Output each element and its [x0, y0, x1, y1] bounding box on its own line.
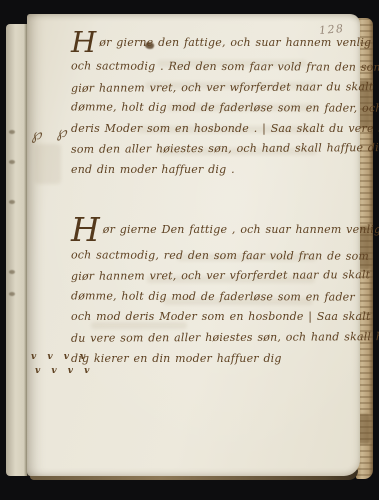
text-line-rest: ør gierne Den fattige , och suar hannem … — [103, 223, 379, 236]
text-line: Hør gierne Den fattige , och suar hannem… — [71, 213, 359, 246]
text-line: och sactmodig, red den som faar vold fra… — [71, 245, 359, 267]
text-line: dømme, holt dig mod de faderløse som en … — [71, 286, 359, 308]
text-line: end din moder haffuer dig . — [71, 160, 359, 181]
manuscript-text: Hør gierne den fattige, och suar hannem … — [71, 28, 359, 369]
text-line: dig kierer en din moder haffuer dig — [71, 349, 359, 370]
text-line-rest: ør gierne den fattige, och suar hannem v… — [99, 36, 371, 49]
drop-cap-initial: H — [71, 210, 100, 249]
pen-trial-marks: v v v v v v v v — [31, 350, 93, 378]
text-line: deris Moder som en hosbonde . | Saa skal… — [71, 119, 359, 140]
text-line: och mod deris Moder som en hosbonde | Sa… — [71, 307, 359, 328]
margin-marks: ℘ ℘ — [30, 124, 72, 142]
text-line: giør hannem vret, och ver vforferdet naa… — [71, 265, 359, 287]
text-line: Hør gierne den fattige, och suar hannem … — [71, 28, 359, 57]
facing-page-text-trace — [9, 292, 15, 296]
text-line: giør hannem vret, och ver wforferdet naa… — [71, 77, 359, 99]
text-line: dømme, holt dig mod de faderløse som en … — [71, 98, 359, 120]
pen-trial-row: v v v v — [35, 364, 93, 378]
manuscript-page: 128 ℘ ℘ Hør gierne den fattige, och suar… — [27, 14, 360, 476]
paragraph-2: Hør gierne Den fattige , och suar hannem… — [71, 213, 359, 370]
manuscript-photo: 128 ℘ ℘ Hør gierne den fattige, och suar… — [0, 0, 379, 500]
paragraph-1: Hør gierne den fattige, och suar hannem … — [71, 28, 359, 181]
show-through-text — [35, 144, 61, 184]
facing-page-text-trace — [9, 200, 15, 204]
facing-page-text-trace — [9, 160, 15, 164]
text-line: och sactmodig . Red den som faar vold fr… — [71, 56, 359, 78]
facing-page-text-trace — [9, 270, 15, 274]
text-line: du vere som den aller høiestes søn, och … — [71, 327, 359, 349]
drop-cap-initial: H — [71, 25, 96, 59]
pen-trial-row: v v v v — [31, 350, 93, 364]
facing-page-text-trace — [9, 130, 15, 134]
text-line: som den aller høiestes søn, och hand ska… — [71, 139, 359, 161]
